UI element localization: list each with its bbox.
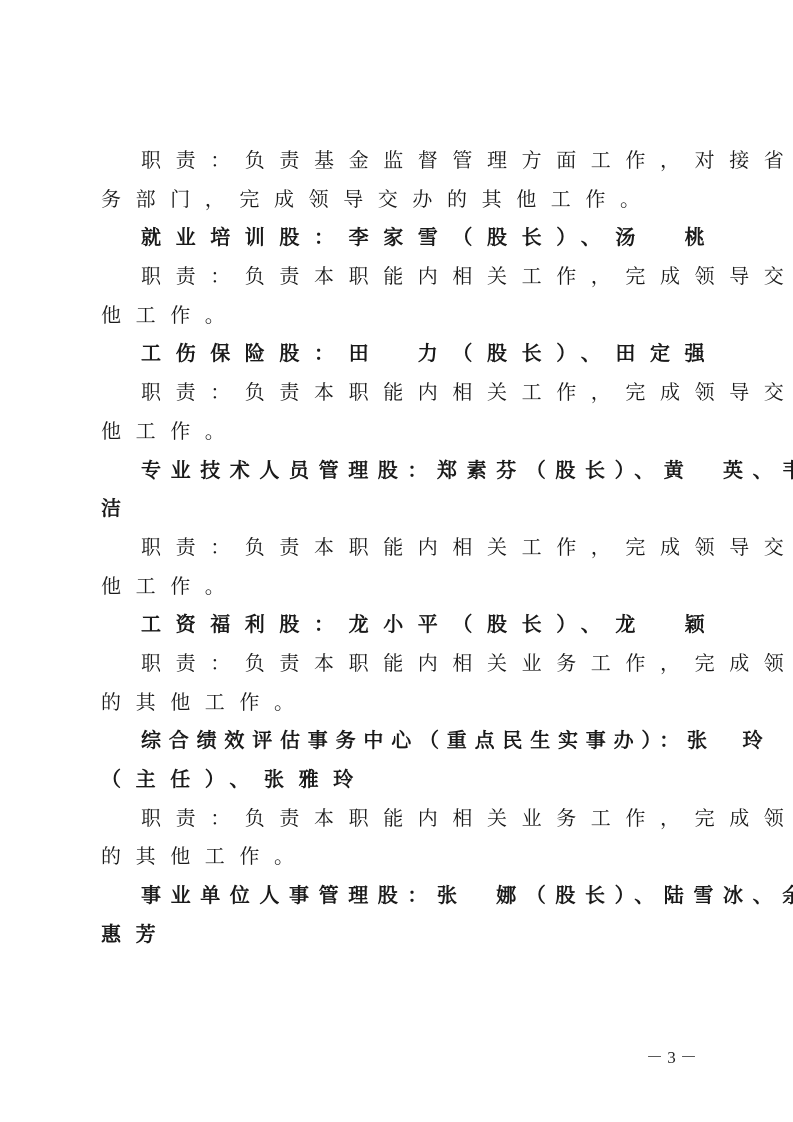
duty-text: 职责：负责本职能内相关工作，完成领导交办的其 xyxy=(101,257,693,296)
section-heading-employment-training: 就业培训股：李家雪（股长）、汤 桃 xyxy=(101,218,693,257)
duty-text: 职责：负责本职能内相关业务工作，完成领导交办 xyxy=(101,799,693,838)
section-heading-work-injury-insurance: 工伤保险股：田 力（股长）、田定强 xyxy=(101,334,693,373)
section-heading-public-institution-personnel: 事业单位人事管理股：张 娜（股长）、陆雪冰、余 xyxy=(101,876,693,915)
duty-text: 务部门，完成领导交办的其他工作。 xyxy=(101,180,693,219)
duty-text: 职责：负责基金监督管理方面工作，对接省、市业 xyxy=(101,141,693,180)
section-heading-wages-welfare: 工资福利股：龙小平（股长）、龙 颖 xyxy=(101,605,693,644)
duty-text: 他工作。 xyxy=(101,567,693,606)
section-heading-performance-evaluation-center: 综合绩效评估事务中心（重点民生实事办）：张 玲 xyxy=(101,721,693,760)
duty-text: 职责：负责本职能内相关工作，完成领导交办的其 xyxy=(101,528,693,567)
page-number: － 3 － xyxy=(646,1043,697,1068)
section-heading-continuation: 惠芳 xyxy=(101,915,693,954)
duty-text: 的其他工作。 xyxy=(101,837,693,876)
document-body: 职责：负责基金监督管理方面工作，对接省、市业 务部门，完成领导交办的其他工作。 … xyxy=(101,141,693,953)
section-heading-professional-technical: 专业技术人员管理股：郑素芬（股长）、黄 英、韦嘉 xyxy=(101,451,693,490)
section-heading-continuation: （主任）、张雅玲 xyxy=(101,760,693,799)
section-heading-continuation: 洁 xyxy=(101,489,693,528)
duty-text: 职责：负责本职能内相关工作，完成领导交办的其 xyxy=(101,373,693,412)
duty-text: 的其他工作。 xyxy=(101,683,693,722)
duty-text: 他工作。 xyxy=(101,412,693,451)
duty-text: 职责：负责本职能内相关业务工作，完成领导交办 xyxy=(101,644,693,683)
duty-text: 他工作。 xyxy=(101,296,693,335)
